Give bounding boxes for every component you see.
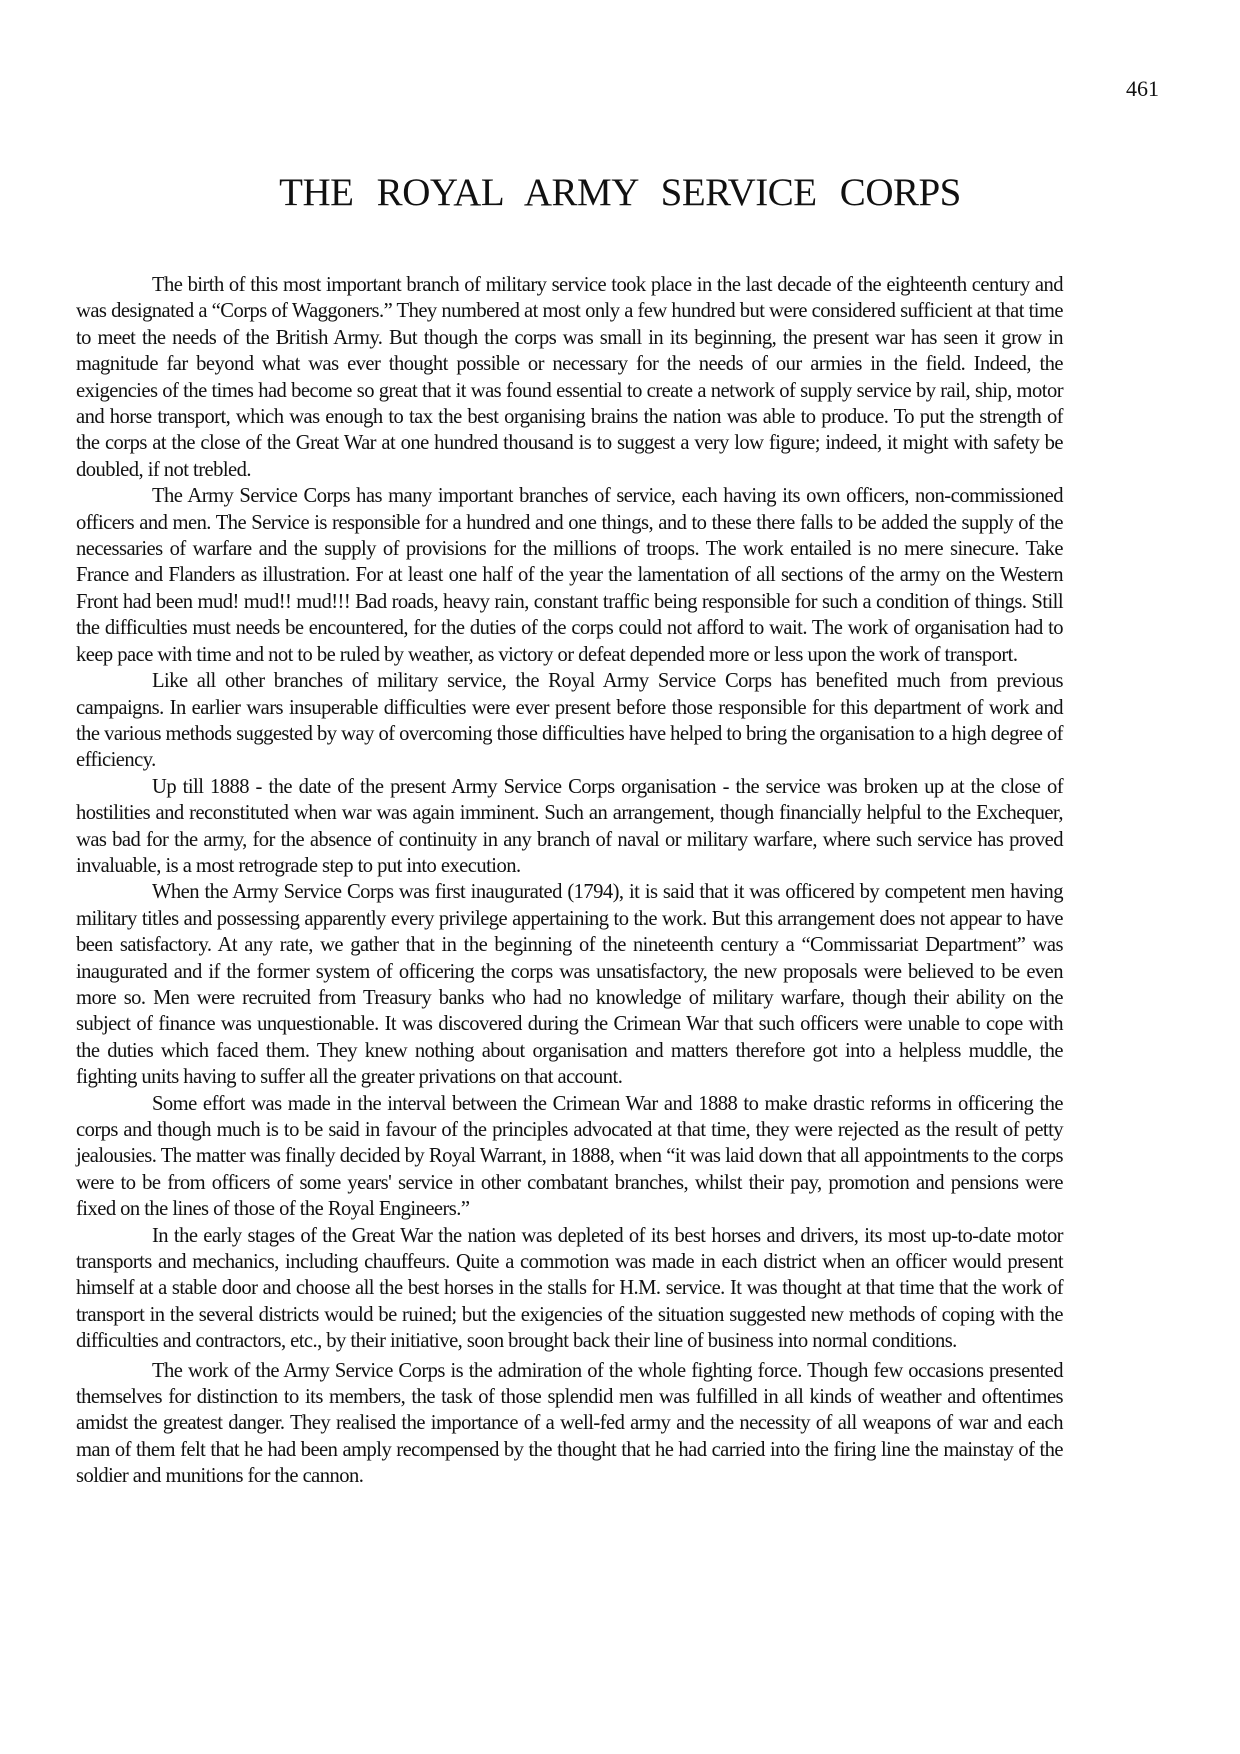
paragraph-early-great-war: In the early stages of the Great War the… xyxy=(76,1223,1063,1355)
paragraph-up-till-1888: Up till 1888 - the date of the present A… xyxy=(76,774,1063,880)
paragraph-admiration: The work of the Army Service Corps is th… xyxy=(76,1358,1063,1490)
article-body: The birth of this most important branch … xyxy=(76,272,1063,1490)
page-title: THE ROYAL ARMY SERVICE CORPS xyxy=(0,170,1240,216)
paragraph-branches-of-service: The Army Service Corps has many importan… xyxy=(76,483,1063,668)
paragraph-origin-of-corps: The birth of this most important branch … xyxy=(76,272,1063,483)
paragraph-previous-campaigns: Like all other branches of military serv… xyxy=(76,668,1063,774)
paragraph-reforms-royal-warrant: Some effort was made in the interval bet… xyxy=(76,1091,1063,1223)
paragraph-first-inaugurated: When the Army Service Corps was first in… xyxy=(76,879,1063,1090)
page-number: 461 xyxy=(1126,76,1159,102)
